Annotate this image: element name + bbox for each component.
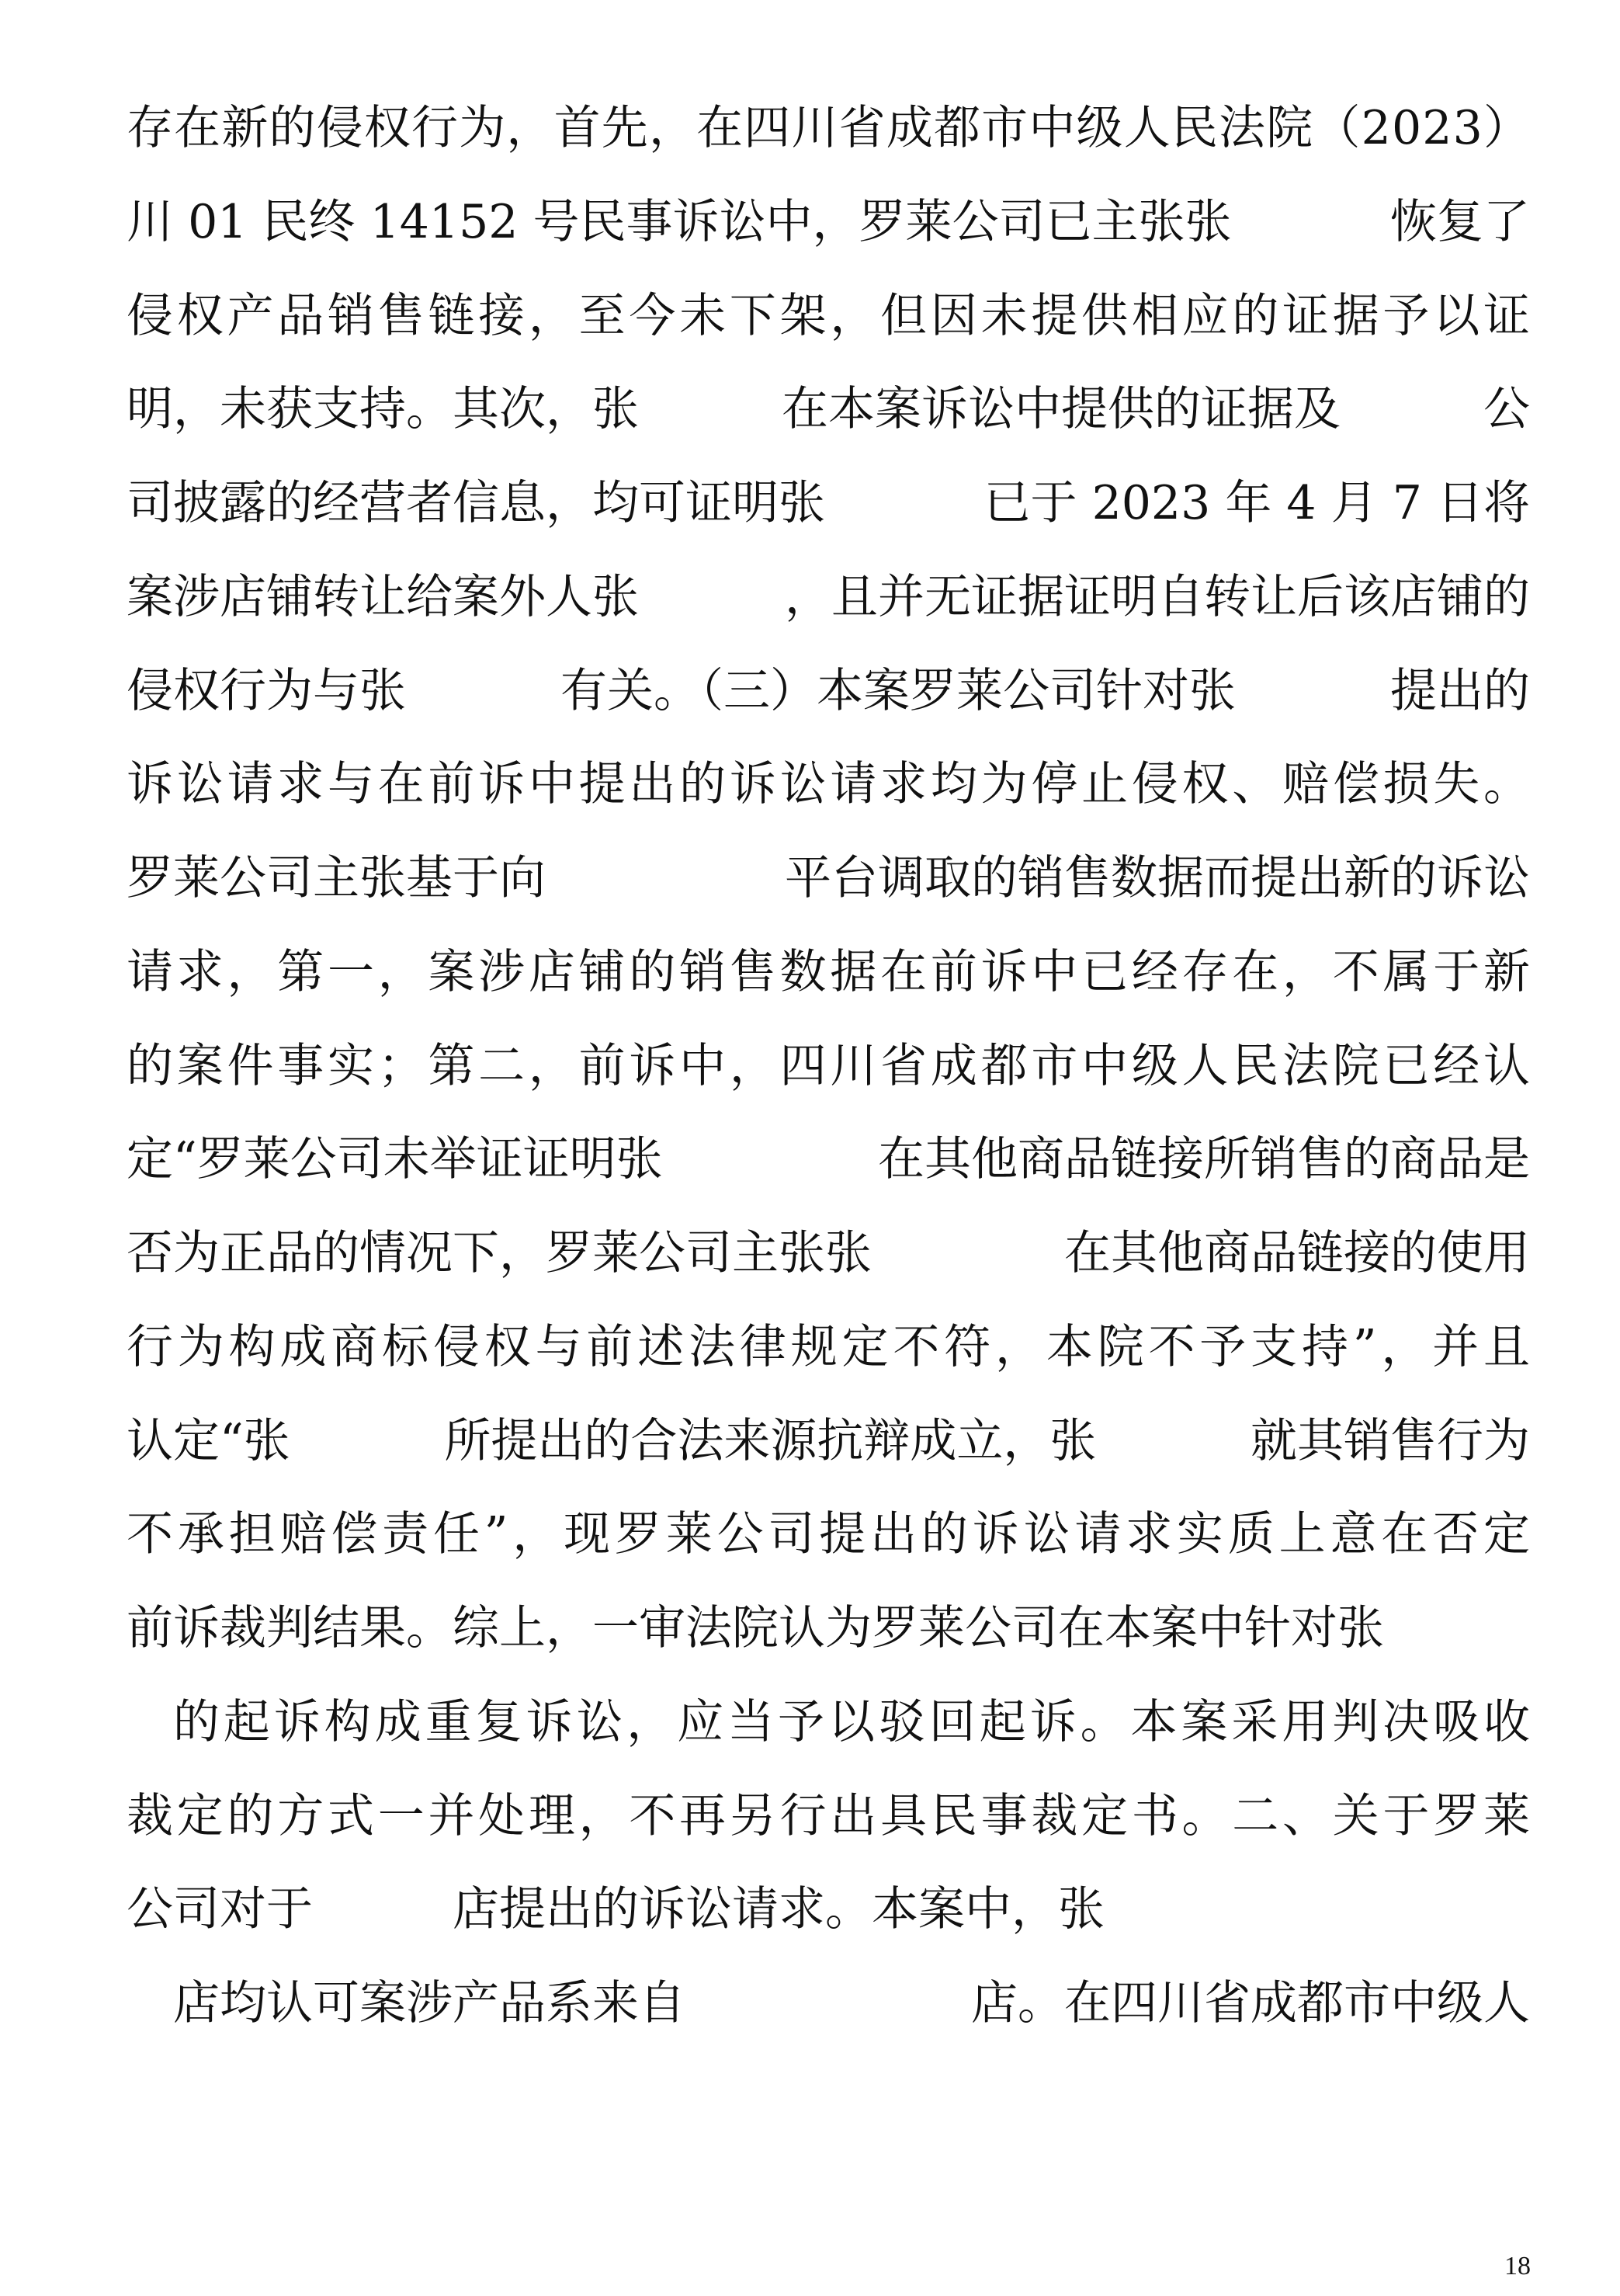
text-segment: 公司对于 [127, 1863, 313, 1957]
document-page: 存在新的侵权行为，首先，在四川省成都市中级人民法院（2023） 川 01 民终 … [0, 0, 1620, 2296]
text-line-19: 裁定的方式一并处理，不再另行出具民事裁定书。二、关于罗莱 [127, 1770, 1530, 1864]
text-segment: 诉讼请求与在前诉中提出的诉讼请求均为停止侵权、赔偿损失。 [127, 738, 1534, 832]
text-line-7: 侵权行为与张有关。（三）本案罗莱公司针对张提出的 [127, 644, 1530, 738]
text-segment: 认定“张 [127, 1395, 290, 1488]
text-segment: 就其销售行为 [1251, 1395, 1530, 1488]
text-segment: 所提出的合法来源抗辩成立，张 [444, 1395, 1096, 1488]
page-number: 18 [1504, 2252, 1531, 2281]
text-segment: 的起诉构成重复诉讼，应当予以驳回起诉。本案采用判决吸收 [173, 1676, 1534, 1770]
text-line-20: 公司对于店提出的诉讼请求。本案中，张 [127, 1863, 1530, 1957]
text-line-1: 存在新的侵权行为，首先，在四川省成都市中级人民法院（2023） [127, 82, 1530, 175]
text-line-11: 的案件事实；第二，前诉中，四川省成都市中级人民法院已经认 [127, 1019, 1530, 1113]
text-line-10: 请求，第一，案涉店铺的销售数据在前诉中已经存在，不属于新 [127, 926, 1530, 1019]
text-segment: 否为正品的情况下，罗莱公司主张张 [127, 1207, 872, 1301]
text-segment: ，且并无证据证明自转让后该店铺的 [785, 551, 1530, 644]
text-segment: 公 [1483, 363, 1530, 457]
text-segment: 裁定的方式一并处理，不再另行出具民事裁定书。二、关于罗莱 [127, 1770, 1534, 1864]
text-line-16: 不承担赔偿责任”，现罗莱公司提出的诉讼请求实质上意在否定 [127, 1488, 1530, 1582]
text-segment: 在本案诉讼中提供的证据及 [782, 363, 1341, 457]
judgment-body-text: 存在新的侵权行为，首先，在四川省成都市中级人民法院（2023） 川 01 民终 … [127, 82, 1530, 2051]
text-line-17: 前诉裁判结果。综上，一审法院认为罗莱公司在本案中针对张 [127, 1582, 1530, 1676]
text-segment: 前诉裁判结果。综上，一审法院认为罗莱公司在本案中针对张 [127, 1582, 1384, 1676]
text-segment: 存在新的侵权行为，首先，在四川省成都市中级人民法院（2023） [127, 82, 1531, 175]
text-line-5: 司披露的经营者信息，均可证明张已于 2023 年 4 月 7 日将 [127, 457, 1530, 551]
text-segment: 已于 2023 年 4 月 7 日将 [984, 457, 1530, 551]
text-line-4: 明，未获支持。其次，张在本案诉讼中提供的证据及公 [127, 363, 1530, 457]
text-segment: 司披露的经营者信息，均可证明张 [127, 457, 825, 551]
text-segment: 提出的 [1390, 644, 1530, 738]
text-line-21: 店均认可案涉产品系来自店。在四川省成都市中级人 [127, 1957, 1530, 2051]
text-segment: 行为构成商标侵权与前述法律规定不符，本院不予支持”，并且 [127, 1301, 1535, 1395]
text-segment: 定“罗莱公司未举证证明张 [127, 1113, 663, 1207]
text-segment: 店提出的诉讼请求。本案中，张 [453, 1863, 1105, 1957]
text-line-8: 诉讼请求与在前诉中提出的诉讼请求均为停止侵权、赔偿损失。 [127, 738, 1530, 832]
text-segment: 在其他商品链接所销售的商品是 [878, 1113, 1530, 1207]
text-segment: 侵权产品销售链接，至今未下架，但因未提供相应的证据予以证 [127, 269, 1534, 363]
text-line-13: 否为正品的情况下，罗莱公司主张张在其他商品链接的使用 [127, 1207, 1530, 1301]
text-segment: 店。在四川省成都市中级人 [971, 1957, 1530, 2051]
text-line-15: 认定“张所提出的合法来源抗辩成立，张就其销售行为 [127, 1395, 1530, 1488]
text-line-12: 定“罗莱公司未举证证明张在其他商品链接所销售的商品是 [127, 1113, 1530, 1207]
text-line-6: 案涉店铺转让给案外人张，且并无证据证明自转让后该店铺的 [127, 551, 1530, 644]
text-line-9: 罗莱公司主张基于向平台调取的销售数据而提出新的诉讼 [127, 832, 1530, 926]
text-segment: 店均认可案涉产品系来自 [173, 1957, 685, 2051]
text-segment: 有关。（三）本案罗莱公司针对张 [560, 644, 1236, 738]
text-segment: 川 01 民终 14152 号民事诉讼中，罗莱公司已主张张 [127, 175, 1232, 269]
text-segment: 恢复了 [1390, 175, 1530, 269]
text-segment: 罗莱公司主张基于向 [127, 832, 546, 926]
text-segment: 在其他商品链接的使用 [1064, 1207, 1530, 1301]
text-segment: 侵权行为与张 [127, 644, 406, 738]
text-segment: 不承担赔偿责任”，现罗莱公司提出的诉讼请求实质上意在否定 [127, 1488, 1535, 1582]
text-line-18: 的起诉构成重复诉讼，应当予以驳回起诉。本案采用判决吸收 [127, 1676, 1530, 1770]
text-segment: 平台调取的销售数据而提出新的诉讼 [785, 832, 1530, 926]
text-segment: 案涉店铺转让给案外人张 [127, 551, 639, 644]
text-segment: 的案件事实；第二，前诉中，四川省成都市中级人民法院已经认 [127, 1019, 1534, 1113]
text-segment: 明，未获支持。其次，张 [127, 363, 639, 457]
text-line-3: 侵权产品销售链接，至今未下架，但因未提供相应的证据予以证 [127, 269, 1530, 363]
text-line-2: 川 01 民终 14152 号民事诉讼中，罗莱公司已主张张恢复了 [127, 175, 1530, 269]
text-segment: 请求，第一，案涉店铺的销售数据在前诉中已经存在，不属于新 [127, 926, 1534, 1019]
text-line-14: 行为构成商标侵权与前述法律规定不符，本院不予支持”，并且 [127, 1301, 1530, 1395]
